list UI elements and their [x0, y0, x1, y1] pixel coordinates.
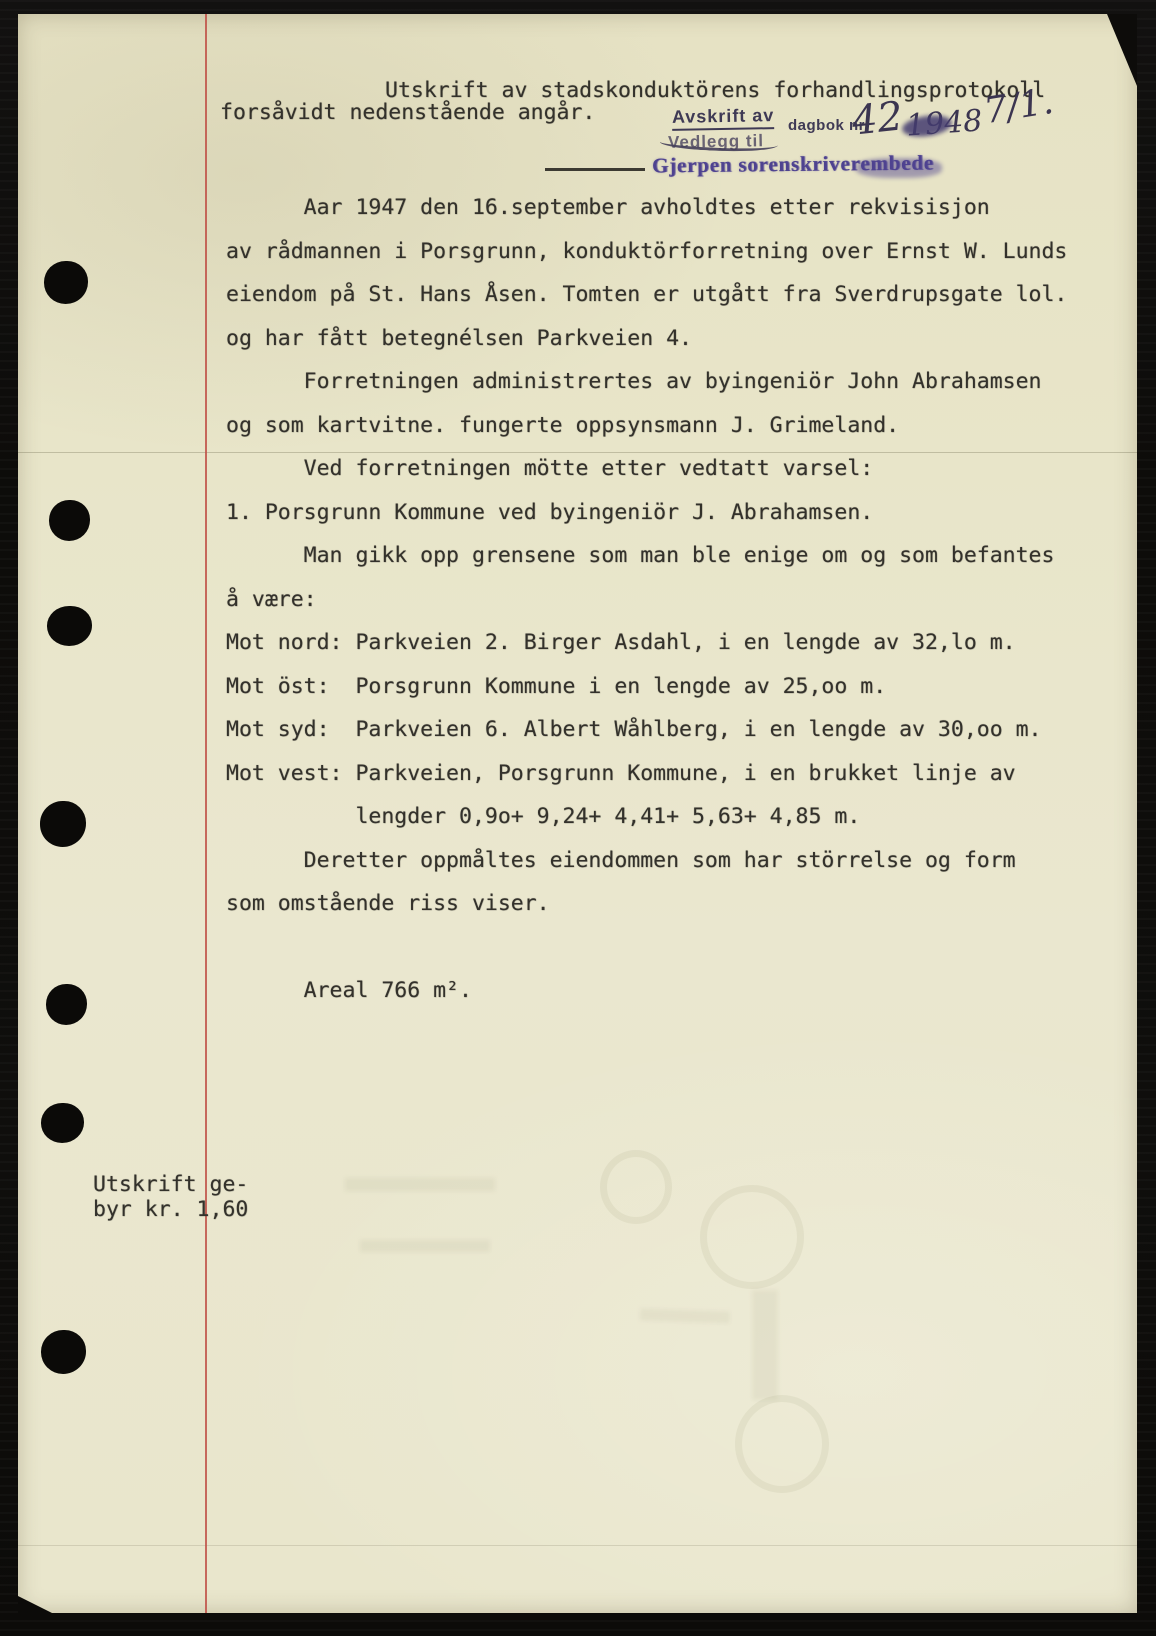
- avskrift-av-stamp: Avskrift av: [672, 105, 775, 131]
- bleed-through-mark: [700, 1185, 804, 1289]
- document-title-line2: forsåvidt nedenstående angår.: [220, 102, 595, 124]
- typed-body-text: Aar 1947 den 16.september avholdtes ette…: [226, 186, 1067, 1013]
- bleed-through-mark: [360, 1240, 490, 1252]
- punch-hole: [41, 1330, 86, 1374]
- stamp-smudge: [856, 158, 942, 178]
- punch-hole: [46, 984, 87, 1025]
- bleed-through-mark: [345, 1178, 495, 1191]
- document-title-line1: Utskrift av stadskonduktörens forhandlin…: [385, 80, 1045, 102]
- punch-hole: [41, 1103, 84, 1143]
- punch-hole: [40, 801, 86, 847]
- scanned-page-background: Utskrift av stadskonduktörens forhandlin…: [0, 0, 1156, 1636]
- margin-line: [205, 14, 207, 1613]
- punch-hole: [44, 261, 88, 304]
- fee-note: Utskrift ge- byr kr. 1,60: [93, 1173, 248, 1222]
- punch-hole: [49, 500, 90, 541]
- bleed-through-mark: [735, 1395, 829, 1493]
- paper-corner-cut-bottom-left: [18, 1596, 52, 1613]
- punch-hole: [47, 606, 92, 646]
- bleed-through-mark: [752, 1290, 778, 1400]
- paper-crease: [18, 1545, 1137, 1546]
- handwritten-journal-number: 42: [850, 93, 905, 144]
- typed-dash-rule: [545, 168, 645, 171]
- bleed-through-mark: [600, 1150, 672, 1224]
- paper-corner-cut-top-right: [1107, 14, 1137, 86]
